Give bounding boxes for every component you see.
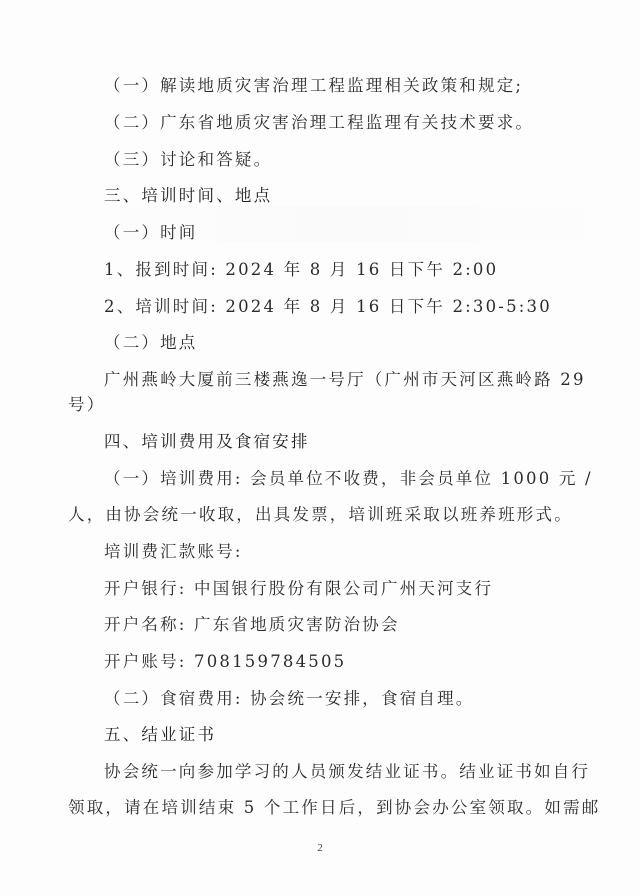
training-time: 2、培训时间: 2024 年 8 月 16 日下午 2:30-5:30: [104, 296, 552, 318]
content-item-1: （一）解读地质灾害治理工程监理相关政策和规定;: [104, 75, 523, 97]
registration-time: 1、报到时间: 2024 年 8 月 16 日下午 2:00: [104, 259, 498, 281]
account-number: 开户账号: 708159784505: [104, 651, 346, 673]
section-3-heading: 三、培训时间、地点: [104, 185, 272, 207]
location-line-2: 号）: [68, 394, 105, 416]
time-subheading: （一）时间: [104, 222, 198, 244]
content-item-3: （三）讨论和答疑。: [104, 149, 272, 171]
bank-name: 开户银行: 中国银行股份有限公司广州天河支行: [104, 578, 493, 600]
account-name: 开户名称: 广东省地质灾害防治协会: [104, 614, 400, 636]
accommodation: （二）食宿费用: 协会统一安排，食宿自理。: [104, 688, 475, 710]
account-label: 培训费汇款账号:: [104, 541, 243, 563]
location-line-1: 广州燕岭大厦前三楼燕逸一号厅（广州市天河区燕岭路 29: [104, 369, 586, 391]
certificate-line-1: 协会统一向参加学习的人员颁发结业证书。结业证书如自行: [104, 761, 590, 783]
location-subheading: （二）地点: [104, 332, 198, 354]
certificate-line-2: 领取，请在培训结束 5 个工作日后，到协会办公室领取。如需邮: [68, 797, 601, 819]
document-page: （一）解读地质灾害治理工程监理相关政策和规定; （二）广东省地质灾害治理工程监理…: [0, 0, 640, 896]
fee-line-2: 人，由协会统一收取，出具发票，培训班采取以班养班形式。: [68, 504, 573, 526]
section-4-heading: 四、培训费用及食宿安排: [104, 431, 310, 453]
content-item-2: （二）广东省地质灾害治理工程监理有关技术要求。: [104, 112, 534, 134]
fee-line-1: （一）培训费用: 会员单位不收费，非会员单位 1000 元 /: [104, 468, 593, 490]
section-5-heading: 五、结业证书: [104, 724, 216, 746]
page-number: 2: [0, 842, 640, 854]
